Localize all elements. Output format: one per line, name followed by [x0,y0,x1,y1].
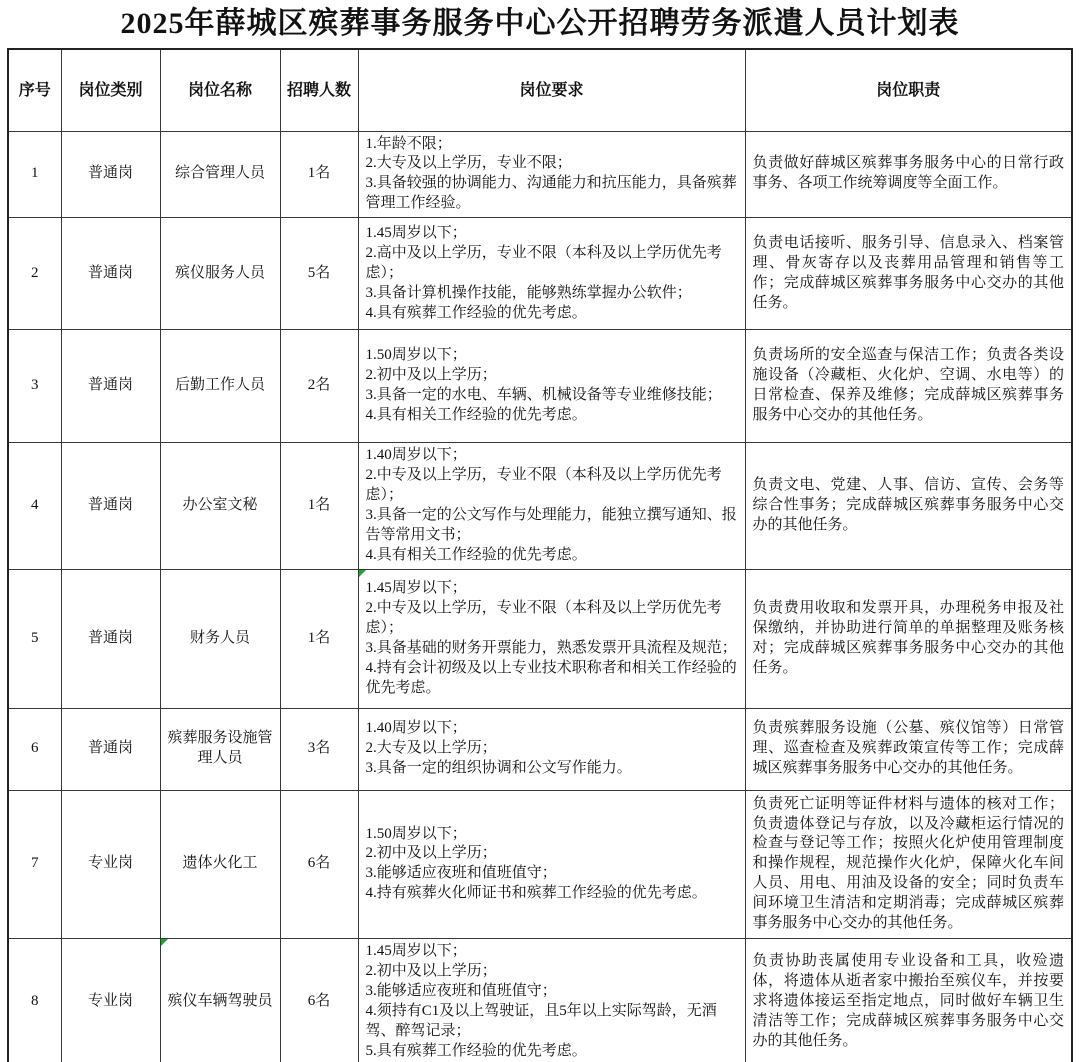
cell-no: 6 [8,708,61,790]
cell-name: 综合管理人员 [160,131,280,218]
cell-no: 3 [8,330,61,443]
table-row: 2普通岗殡仪服务人员5名1.45周岁以下； 2.高中及以上学历，专业不限（本科及… [8,218,1072,330]
cell-category: 专业岗 [61,790,160,938]
cell-category: 专业岗 [61,938,160,1062]
table-row: 5普通岗财务人员1名1.45周岁以下； 2.中专及以上学历，专业不限（本科及以上… [8,569,1072,708]
cell-category: 普通岗 [61,330,160,443]
table-row: 6普通岗殡葬服务设施管理人员3名1.40周岁以下； 2.大专及以上学历； 3.具… [8,708,1072,790]
cell-duties: 负责电话接听、服务引导、信息录入、档案管理、骨灰寄存以及丧葬用品管理和销售等工作… [745,218,1072,330]
cell-requirements: 1.40周岁以下； 2.大专及以上学历； 3.具备一定的组织协调和公文写作能力。 [358,708,745,790]
cell-no: 1 [8,131,61,218]
table-header-row: 序号 岗位类别 岗位名称 招聘人数 岗位要求 岗位职责 [8,49,1072,131]
header-cell-count: 招聘人数 [280,49,358,131]
header-cell-no: 序号 [8,49,61,131]
cell-duties: 负责协助丧属使用专业设备和工具，收殓遗体，将遗体从逝者家中搬抬至殡仪车，并按要求… [745,938,1072,1062]
cell-no: 8 [8,938,61,1062]
table-body: 1普通岗综合管理人员1名1.年龄不限； 2.大专及以上学历，专业不限； 3.具备… [8,131,1072,1062]
cell-requirements: 1.年龄不限； 2.大专及以上学历，专业不限； 3.具备较强的协调能力、沟通能力… [358,131,745,218]
table-row: 1普通岗综合管理人员1名1.年龄不限； 2.大专及以上学历，专业不限； 3.具备… [8,131,1072,218]
cell-no: 7 [8,790,61,938]
cell-name: 殡仪服务人员 [160,218,280,330]
header-cell-name: 岗位名称 [160,49,280,131]
cell-category: 普通岗 [61,218,160,330]
cell-count: 5名 [280,218,358,330]
cell-category: 普通岗 [61,131,160,218]
table-row: 8专业岗殡仪车辆驾驶员6名1.45周岁以下； 2.初中及以上学历； 3.能够适应… [8,938,1072,1062]
cell-duties: 负责殡葬服务设施（公墓、殡仪馆等）日常管理、巡查检查及殡葬政策宣传等工作；完成薛… [745,708,1072,790]
cell-count: 6名 [280,938,358,1062]
cell-requirements: 1.45周岁以下； 2.初中及以上学历； 3.能够适应夜班和值班值守； 4.须持… [358,938,745,1062]
cell-count: 6名 [280,790,358,938]
header-cell-requirements: 岗位要求 [358,49,745,131]
cell-duties: 负责文电、党建、人事、信访、宣传、会务等综合性事务；完成薛城区殡葬事务服务中心交… [745,443,1072,570]
cell-no: 4 [8,443,61,570]
cell-category: 普通岗 [61,708,160,790]
cell-name: 殡仪车辆驾驶员 [160,938,280,1062]
cell-name: 遗体火化工 [160,790,280,938]
cell-duties: 负责死亡证明等证件材料与遗体的核对工作；负责遗体登记与存放，以及冷藏柜运行情况的… [745,790,1072,938]
cell-duties: 负责费用收取和发票开具，办理税务申报及社保缴纳，并协助进行简单的单据整理及账务核… [745,569,1072,708]
cell-requirements: 1.50周岁以下； 2.初中及以上学历； 3.具备一定的水电、车辆、机械设备等专… [358,330,745,443]
page-title: 2025年薛城区殡葬事务服务中心公开招聘劳务派遣人员计划表 [0,5,1080,43]
recruitment-table: 序号 岗位类别 岗位名称 招聘人数 岗位要求 岗位职责 1普通岗综合管理人员1名… [7,48,1073,1062]
cell-requirements: 1.45周岁以下； 2.中专及以上学历，专业不限（本科及以上学历优先考虑）； 3… [358,569,745,708]
cell-name: 后勤工作人员 [160,330,280,443]
document-page: 2025年薛城区殡葬事务服务中心公开招聘劳务派遣人员计划表 序号 岗位类别 岗位… [0,0,1080,1062]
header-cell-category: 岗位类别 [61,49,160,131]
cell-category: 普通岗 [61,443,160,570]
cell-requirements: 1.50周岁以下； 2.初中及以上学历； 3.能够适应夜班和值班值守； 4.持有… [358,790,745,938]
cell-category: 普通岗 [61,569,160,708]
table-row: 4普通岗办公室文秘1名1.40周岁以下； 2.中专及以上学历，专业不限（本科及以… [8,443,1072,570]
cell-no: 5 [8,569,61,708]
cell-count: 1名 [280,569,358,708]
cell-count: 2名 [280,330,358,443]
cell-corner-marker-icon [161,939,168,946]
cell-name: 财务人员 [160,569,280,708]
cell-duties: 负责场所的安全巡查与保洁工作；负责各类设施设备（冷藏柜、火化炉、空调、水电等）的… [745,330,1072,443]
cell-requirements: 1.40周岁以下； 2.中专及以上学历，专业不限（本科及以上学历优先考虑）； 3… [358,443,745,570]
cell-duties: 负责做好薛城区殡葬事务服务中心的日常行政事务、各项工作统筹调度等全面工作。 [745,131,1072,218]
cell-count: 3名 [280,708,358,790]
cell-name: 殡葬服务设施管理人员 [160,708,280,790]
cell-no: 2 [8,218,61,330]
table-row: 7专业岗遗体火化工6名1.50周岁以下； 2.初中及以上学历； 3.能够适应夜班… [8,790,1072,938]
cell-count: 1名 [280,131,358,218]
header-cell-duties: 岗位职责 [745,49,1072,131]
cell-name: 办公室文秘 [160,443,280,570]
cell-requirements: 1.45周岁以下； 2.高中及以上学历，专业不限（本科及以上学历优先考虑）； 3… [358,218,745,330]
cell-corner-marker-icon [359,570,366,577]
cell-count: 1名 [280,443,358,570]
table-row: 3普通岗后勤工作人员2名1.50周岁以下； 2.初中及以上学历； 3.具备一定的… [8,330,1072,443]
